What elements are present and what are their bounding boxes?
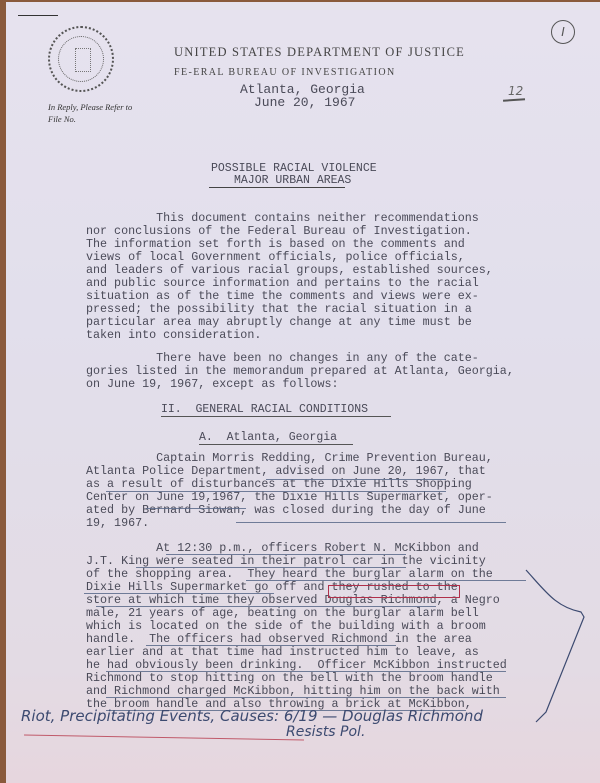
pen-underline	[96, 606, 436, 607]
changes-paragraph: There have been no changes in any of the…	[86, 352, 514, 391]
pen-strike	[84, 593, 274, 594]
bureau-heading: FE-ERAL BUREAU OF INVESTIGATION	[174, 67, 396, 78]
section-heading: II. GENERAL RACIAL CONDITIONS	[161, 403, 368, 416]
page-number-underline	[503, 98, 525, 101]
document-subtitle: MAJOR URBAN AREAS	[234, 174, 351, 187]
pen-underline	[166, 554, 406, 555]
red-underline	[24, 735, 304, 741]
pen-strike	[146, 645, 396, 646]
pen-underline	[266, 479, 446, 480]
department-heading: UNITED STATES DEPARTMENT OF JUSTICE	[174, 45, 465, 60]
pen-underline	[246, 580, 526, 581]
section-underline	[161, 416, 391, 417]
subsection-underline	[199, 444, 353, 445]
page-number: 12	[508, 84, 523, 98]
pen-underline	[136, 567, 406, 568]
pen-underline	[236, 522, 506, 523]
subsection-heading: A. Atlanta, Georgia	[199, 431, 337, 444]
pen-underline	[106, 491, 446, 492]
margin-rule	[18, 15, 58, 16]
margin-bracket-icon	[506, 562, 600, 742]
reply-reference: In Reply, Please Refer to File No.	[48, 101, 132, 125]
handwritten-index-note-2: Resists Pol.	[286, 724, 365, 740]
date-line: June 20, 1967	[254, 95, 355, 110]
disclaimer-paragraph: This document contains neither recommend…	[86, 212, 493, 342]
pen-strike	[146, 508, 246, 509]
red-box-name-highlight	[328, 585, 460, 598]
document-page: UNITED STATES DEPARTMENT OF JUSTICE FE-E…	[6, 2, 600, 783]
fbi-seal-icon	[48, 26, 114, 92]
handwritten-index-note: Riot, Precipitating Events, Causes: 6/19…	[21, 707, 483, 725]
title-underline	[209, 187, 345, 188]
pen-underline	[106, 697, 506, 698]
circled-mark: I	[551, 20, 575, 44]
pen-underline	[106, 671, 506, 672]
